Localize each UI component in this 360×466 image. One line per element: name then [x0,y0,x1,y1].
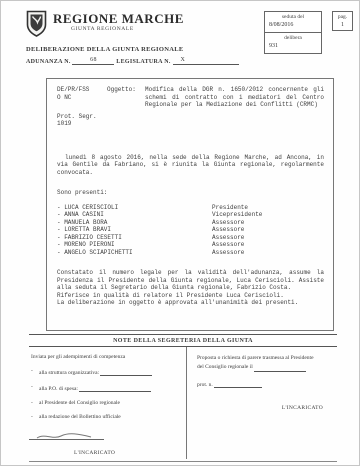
notes-right-column: Proposta o richiesta di parere trasmessa… [187,347,337,459]
notes-checklist-item: alla redazione del Bollettino ufficiale [31,414,180,420]
protocol-number-line: prot. n. [197,380,333,388]
attendee-name: LUCA CERISCIOLI [57,204,212,212]
practice-code-line2: O NC [57,94,107,102]
attendee-name: MORENO PIERONI [57,241,212,249]
approval-line: La deliberazione in oggetto è approvata … [57,299,324,307]
regione-marche-crest-icon [26,10,47,42]
attendee-role: Assessore [212,241,244,249]
incaricato-right-label: L'INCARICATO [282,405,323,411]
notes-checklist-item: al Presidente del Consiglio regionale [31,400,180,406]
attendee-row: LUCA CERISCIOLI Presidente [57,204,324,212]
notes-item-blank-line [79,384,151,392]
attendees-list: LUCA CERISCIOLI Presidente ANNA CASINI V… [57,204,324,257]
attendee-name: LORETTA BRAVI [57,226,212,234]
oggetto-text: Modifica della DGR n. 1650/2012 concerne… [145,86,324,109]
seduta-date: 8/08/2016 [265,20,321,28]
attendee-name: FABRIZIO CESETTI [57,234,212,242]
document-type-title: DELIBERAZIONE DELLA GIUNTA REGIONALE [26,46,184,53]
protocol-block: Prot. Segr. 1019 [57,113,324,128]
delibera-number: 931 [265,41,321,49]
attendee-role: Assessore [212,226,244,234]
page-label: pag. [333,12,352,20]
practice-code-line1: DE/PR/FSS [57,86,107,94]
page-number: 1 [333,20,352,28]
deliberation-body-box: DE/PR/FSS O NC Oggetto: Modifica della D… [46,78,334,331]
attendees-heading: Sono presenti: [57,189,324,197]
legislatura-value: X [173,57,239,65]
delibera-box: delibera 931 [264,32,322,54]
seduta-box: seduta del 8/08/2016 [264,11,322,33]
seduta-label: seduta del [265,12,321,20]
protocol-label: Prot. Segr. [57,113,324,121]
protocol-number: 1019 [57,120,324,128]
delibera-label: delibera [265,33,321,41]
attendee-name: ANGELO SCIAPICHETTI [57,249,212,257]
attendee-row: MORENO PIERONI Assessore [57,241,324,249]
adunanza-value: 68 [72,57,114,65]
signature-scribble-icon [35,431,95,441]
attendee-name: MANUELA BORA [57,219,212,227]
practice-code: DE/PR/FSS O NC [57,86,107,109]
notes-item-label: al Presidente del Consiglio regionale [39,400,120,406]
prot-n-label: prot. n. [197,382,213,388]
incaricato-left-label: L'INCARICATO [74,450,115,456]
region-subtitle: GIUNTA REGIONALE [71,26,134,32]
proposal-line1: Proposta o richiesta di parere trasmessa… [197,355,314,361]
notes-left-column: Inviata per gli adempimenti di competenz… [29,347,187,459]
adunanza-label: ADUNANZA N. [26,59,71,65]
proposal-text: Proposta o richiesta di parere trasmessa… [197,354,333,372]
document-page: REGIONE MARCHE GIUNTA REGIONALE DELIBERA… [0,0,360,466]
quorum-paragraph: Constatato il numero legale per la valid… [57,269,324,292]
page-number-box: pag. 1 [332,11,353,31]
region-title: REGIONE MARCHE [53,11,184,27]
attendee-row: MANUELA BORA Assessore [57,219,324,227]
attendee-role: Assessore [212,234,244,242]
notes-checklist-item: alla struttura organizzativa: [31,368,180,376]
notes-item-label: alla struttura organizzativa: [39,370,99,376]
attendee-role: Vicepresidente [212,211,262,219]
secretariat-notes-box: NOTE DELLA SEGRETERIA DELLA GIUNTA Invia… [29,334,337,462]
notes-title: NOTE DELLA SEGRETERIA DELLA GIUNTA [29,335,337,347]
notes-item-blank-line [100,368,152,376]
subject-row: DE/PR/FSS O NC Oggetto: Modifica della D… [57,86,324,109]
attendee-row: ANNA CASINI Vicepresidente [57,211,324,219]
prot-n-blank [214,380,262,388]
attendee-role: Presidente [212,204,248,212]
notes-item-label: alla redazione del Bollettino ufficiale [39,414,121,420]
rapporteur-line: Riferisce in qualità di relatore il Pres… [57,292,324,300]
notes-checklist-item: alla P.O. di spesa: [31,384,180,392]
notes-item-label: alla P.O. di spesa: [39,386,78,392]
resolution-block: Constatato il numero legale per la valid… [57,269,324,307]
signature-area [29,431,104,440]
adunanza-legislatura-line: ADUNANZA N. 68 LEGISLATURA N. X [26,57,239,65]
attendee-row: LORETTA BRAVI Assessore [57,226,324,234]
legislatura-label: LEGISLATURA N. [116,59,170,65]
proposal-line2: del Consiglio regionale il [197,364,253,370]
attendee-row: FABRIZIO CESETTI Assessore [57,234,324,242]
notes-columns: Inviata per gli adempimenti di competenz… [29,347,337,459]
attendee-role: Assessore [212,219,244,227]
convocation-paragraph: lunedì 8 agosto 2016, nella sede della R… [57,154,324,177]
attendee-row: ANGELO SCIAPICHETTI Assessore [57,249,324,257]
attendee-name: ANNA CASINI [57,211,212,219]
oggetto-label: Oggetto: [107,86,145,109]
notes-intro: Inviata per gli adempimenti di competenz… [31,354,180,360]
signature-line [29,431,104,440]
attendee-role: Assessore [212,249,244,257]
proposal-date-blank [254,364,306,372]
